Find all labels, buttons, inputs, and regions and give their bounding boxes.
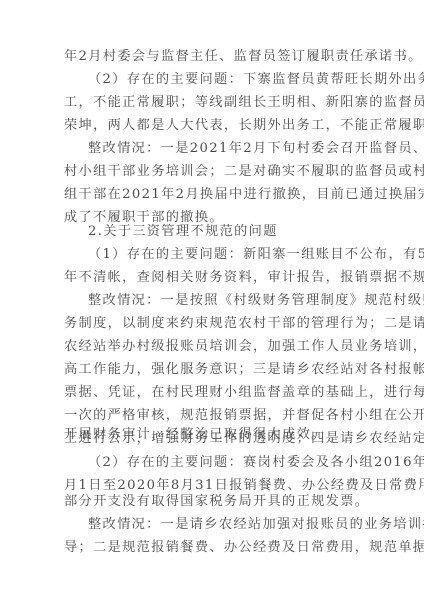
- text-line: 农经站举办村级报账员培训会，加强工作人员业务培训，提: [64, 339, 360, 355]
- text-line: 年2月村委会与监督主任、监督员签订履职责任承诺书。: [64, 49, 360, 65]
- text-line: 部分开支没有取得国家税务局开具的正规发票。: [64, 494, 360, 510]
- text-line: 整改情况：一是按照《村级财务管理制度》规范村级财: [88, 293, 360, 309]
- text-line: 整改情况：一是请乡农经站加强对报账员的业务培训指: [88, 517, 360, 533]
- text-line: 组干部在2021年2月换届中进行撤换，目前已通过换届完: [64, 187, 360, 203]
- text-line: 工，不能正常履职；等线副组长王明相、新阳寨的监督员杨: [64, 95, 360, 111]
- text-line: （1）存在的主要问题：新阳寨一组账目不公布，有5: [88, 247, 360, 263]
- document-page: 年2月村委会与监督主任、监督员签订履职责任承诺书。 （2）存在的主要问题：下寨监…: [0, 0, 424, 600]
- text-line: 整改情况：一是2021年2月下旬村委会召开监督员、: [88, 141, 360, 157]
- text-line: 一次的严格审核，规范报销票据，并督促各村小组在公开栏: [64, 408, 360, 424]
- text-line: 月1日至2020年8月31日报销餐费、办公经费及日常费用，: [64, 478, 360, 494]
- text-line: 导；二是规范报销餐费、办公经费及日常费用，规范单据，: [64, 540, 360, 556]
- text-line: 开展财务审计，经整治已取得很大成效。: [64, 427, 360, 443]
- text-line: 务制度，以制度来约束规范农村干部的管理行为；二是请乡: [64, 316, 360, 332]
- text-line: 年不清帐，查阅相关财务资料，审计报告，报销票据不规范。: [64, 270, 360, 286]
- text-line: 票据、凭证，在村民理财小组监督盖章的基础上，进行每季: [64, 385, 360, 401]
- text-line: 荣坤，两人都是人大代表，长期外出务工，不能正常履职。: [64, 118, 360, 134]
- text-line: 高工作能力，强化服务意识；三是请乡农经站对各村报帐的: [64, 362, 360, 378]
- text-line: 村小组干部业务培训会；二是对确实不履职的监督员或村小: [64, 164, 360, 180]
- section-heading: 2.关于三资管理不规范的问题: [88, 224, 360, 240]
- text-line: （2）存在的主要问题：赛岗村委会及各小组2016年1: [88, 455, 360, 471]
- text-line: （2）存在的主要问题：下寨监督员黄帮旺长期外出务: [88, 72, 360, 88]
